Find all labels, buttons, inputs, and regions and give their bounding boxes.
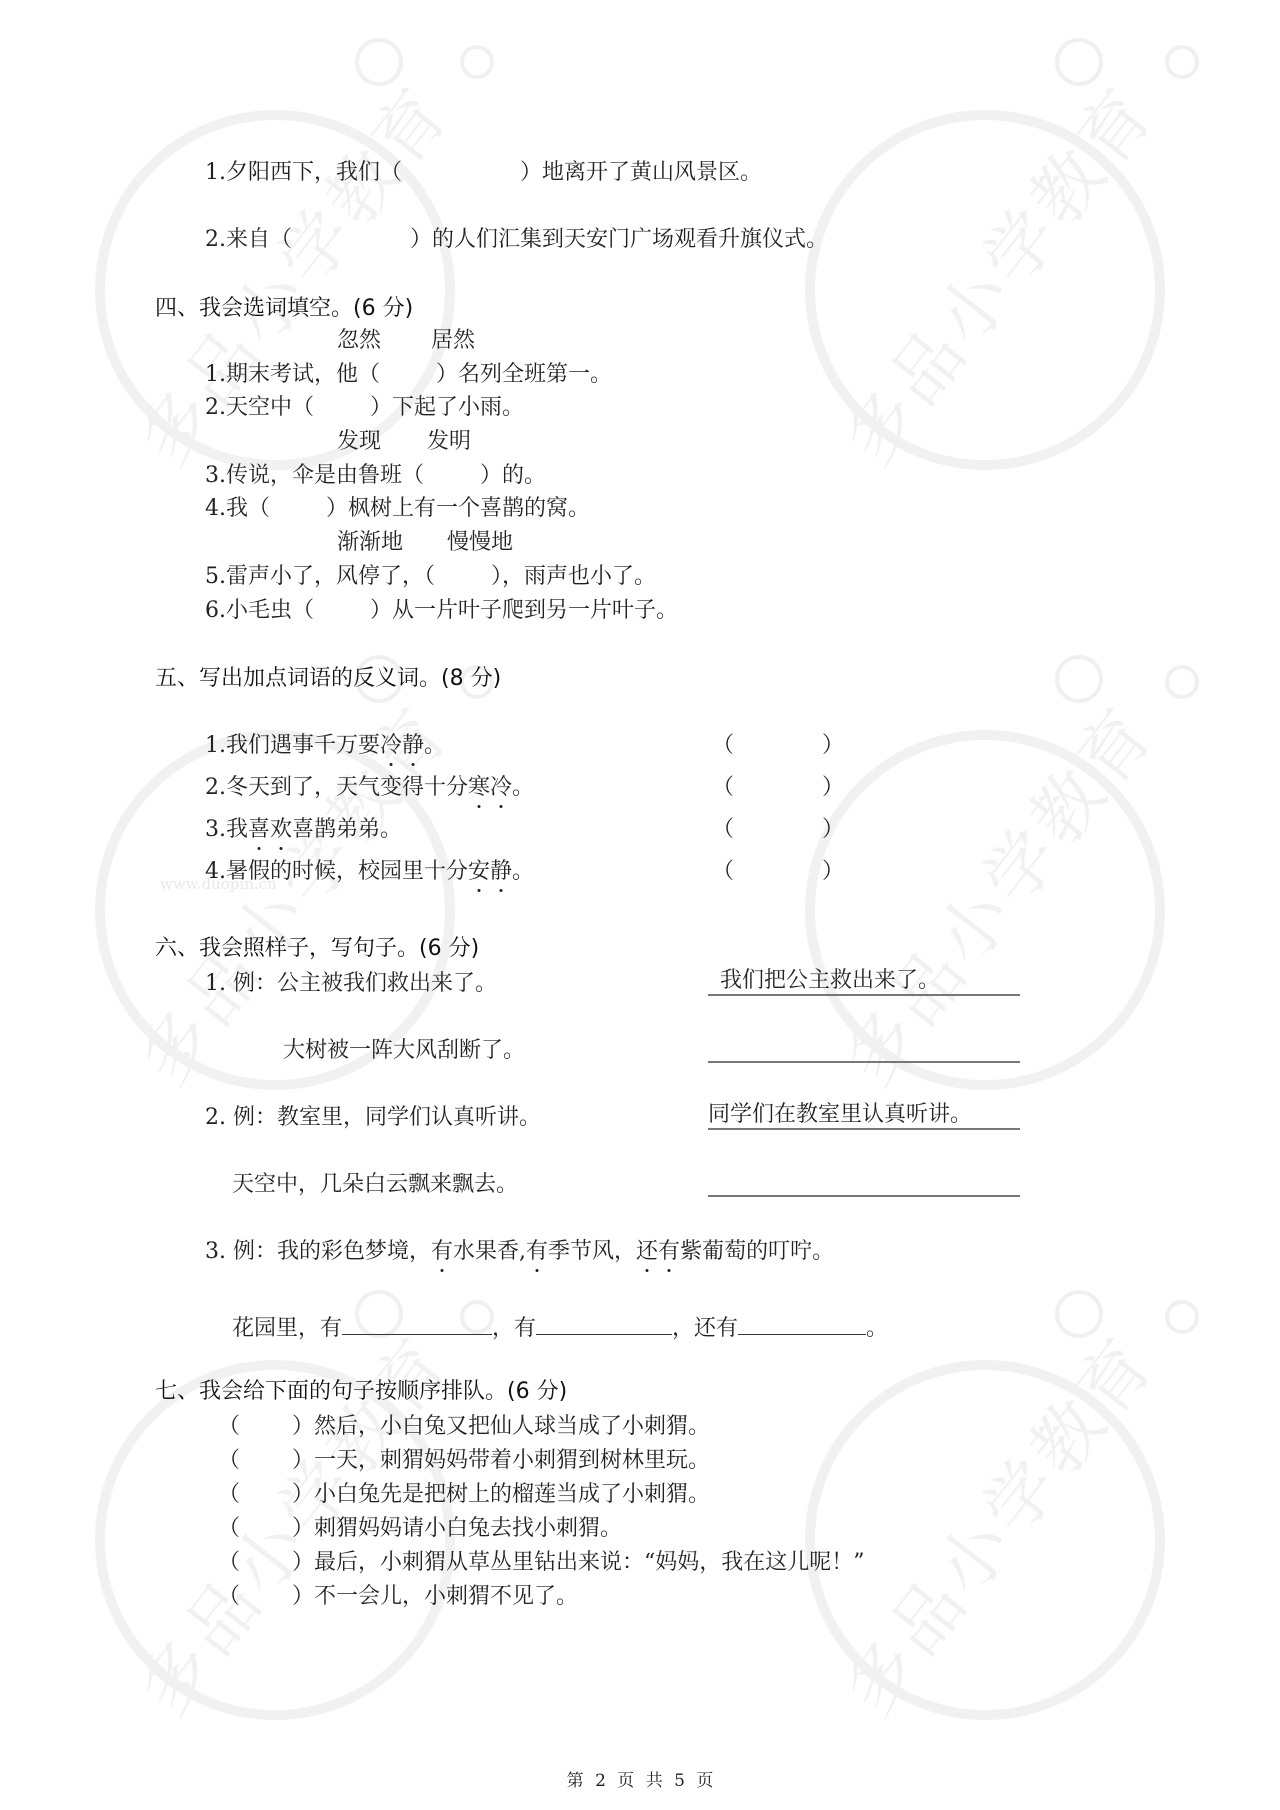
dotted-word: 安静 bbox=[468, 859, 512, 884]
order-item-5: （）最后，小刺猬从草丛里钻出来说：“妈妈，我在这儿呢！” bbox=[218, 1552, 865, 1574]
rewrite-example-1: 1. 例：公主被我们救出来了。 bbox=[205, 973, 497, 995]
choice-item-2: 2.天空中（）下起了小雨。 bbox=[205, 397, 524, 419]
order-input[interactable]: （） bbox=[218, 1584, 314, 1609]
dotted-char: 静 bbox=[490, 859, 512, 884]
dotted-char: 有 bbox=[658, 1239, 680, 1264]
choice-item-6: 6.小毛虫（）从一片叶子爬到另一片叶子。 bbox=[205, 600, 678, 622]
dotted-char: 有 bbox=[526, 1239, 548, 1264]
antonym-answer-2[interactable]: （） bbox=[712, 777, 844, 799]
order-input[interactable]: （） bbox=[218, 1516, 314, 1541]
antonym-item-2: 2.冬天到了，天气变得十分寒冷。 bbox=[205, 777, 534, 799]
order-item-3: （）小白兔先是把树上的榴莲当成了小刺猬。 bbox=[218, 1484, 710, 1506]
order-item-4: （）刺猬妈妈请小白兔去找小刺猬。 bbox=[218, 1518, 622, 1540]
page-number: 第 2 页 共 5 页 bbox=[0, 1766, 1280, 1791]
exam-page: 1.夕阳西下，我们（）地离开了黄山风景区。 2.来自（）的人们汇集到天安门广场观… bbox=[0, 0, 1280, 1810]
fill-blank-3[interactable] bbox=[738, 1314, 866, 1335]
fill-blank-2[interactable] bbox=[536, 1314, 672, 1335]
dotted-char: 喜 bbox=[248, 817, 270, 842]
rewrite-task-1-answer[interactable] bbox=[708, 1037, 1020, 1063]
dotted-char: 安 bbox=[468, 859, 490, 884]
antonym-item-3: 3.我喜欢喜鹊弟弟。 bbox=[205, 819, 402, 841]
section-seven-heading: 七、我会给下面的句子按顺序排队。(6 分) bbox=[155, 1381, 567, 1403]
order-input[interactable]: （） bbox=[218, 1414, 314, 1439]
dotted-word: 有 bbox=[431, 1239, 453, 1264]
fill-blank-1[interactable] bbox=[342, 1314, 492, 1335]
section-five-heading: 五、写出加点词语的反义词。(8 分) bbox=[155, 668, 501, 690]
choice-item-5: 5.雷声小了，风停了，（），雨声也小了。 bbox=[205, 566, 656, 588]
word-choice-group-3: 渐渐地慢慢地 bbox=[337, 532, 513, 554]
antonym-answer-3[interactable]: （） bbox=[712, 819, 844, 841]
rewrite-example-1-answer: 我们把公主救出来了。 bbox=[708, 970, 1020, 996]
order-input[interactable]: （） bbox=[218, 1482, 314, 1507]
order-input[interactable]: （） bbox=[218, 1550, 314, 1575]
dotted-char: 还 bbox=[636, 1239, 658, 1264]
dotted-word: 有 bbox=[526, 1239, 548, 1264]
choice-item-1: 1.期末考试，他（）名列全班第一。 bbox=[205, 364, 612, 386]
antonym-item-4: 4.暑假的时候，校园里十分安静。 bbox=[205, 861, 534, 883]
rewrite-task-3: 花园里，有，有，还有。 bbox=[232, 1314, 888, 1340]
dotted-char: 欢 bbox=[270, 817, 292, 842]
order-input[interactable]: （） bbox=[218, 1448, 314, 1473]
dotted-word: 还有 bbox=[636, 1239, 680, 1264]
order-item-2: （）一天，刺猬妈妈带着小刺猬到树林里玩。 bbox=[218, 1450, 710, 1472]
rewrite-example-3: 3. 例：我的彩色梦境，有水果香,有季节风，还有紫葡萄的叮咛。 bbox=[205, 1241, 834, 1263]
dotted-char: 有 bbox=[431, 1239, 453, 1264]
rewrite-task-2: 天空中，几朵白云飘来飘去。 bbox=[232, 1174, 518, 1196]
choice-item-4: 4.我（）枫树上有一个喜鹊的窝。 bbox=[205, 498, 590, 520]
rewrite-task-1: 大树被一阵大风刮断了。 bbox=[283, 1040, 525, 1062]
dotted-word: 寒冷 bbox=[468, 775, 512, 800]
order-item-6: （）不一会儿，小刺猬不见了。 bbox=[218, 1586, 578, 1608]
dotted-word: 冷静 bbox=[380, 733, 424, 758]
antonym-item-1: 1.我们遇事千万要冷静。 bbox=[205, 735, 446, 757]
dotted-char: 冷 bbox=[380, 733, 402, 758]
antonym-answer-1[interactable]: （） bbox=[712, 735, 844, 757]
fill-item-1: 1.夕阳西下，我们（）地离开了黄山风景区。 bbox=[205, 162, 762, 184]
fill-item-2: 2.来自（）的人们汇集到天安门广场观看升旗仪式。 bbox=[205, 229, 828, 251]
dotted-word: 喜欢 bbox=[248, 817, 292, 842]
section-four-heading: 四、我会选词填空。(6 分) bbox=[155, 298, 413, 320]
rewrite-example-2-answer: 同学们在教室里认真听讲。 bbox=[708, 1104, 1020, 1130]
order-item-1: （）然后，小白兔又把仙人球当成了小刺猬。 bbox=[218, 1416, 710, 1438]
word-choice-group-1: 忽然居然 bbox=[337, 330, 475, 352]
choice-item-3: 3.传说，伞是由鲁班（）的。 bbox=[205, 465, 546, 487]
antonym-answer-4[interactable]: （） bbox=[712, 861, 844, 883]
word-choice-group-2: 发现发明 bbox=[337, 431, 471, 453]
dotted-char: 寒 bbox=[468, 775, 490, 800]
dotted-char: 冷 bbox=[490, 775, 512, 800]
dotted-char: 静 bbox=[402, 733, 424, 758]
rewrite-task-2-answer[interactable] bbox=[708, 1171, 1020, 1197]
section-six-heading: 六、我会照样子，写句子。(6 分) bbox=[155, 938, 479, 960]
rewrite-example-2: 2. 例：教室里，同学们认真听讲。 bbox=[205, 1107, 541, 1129]
